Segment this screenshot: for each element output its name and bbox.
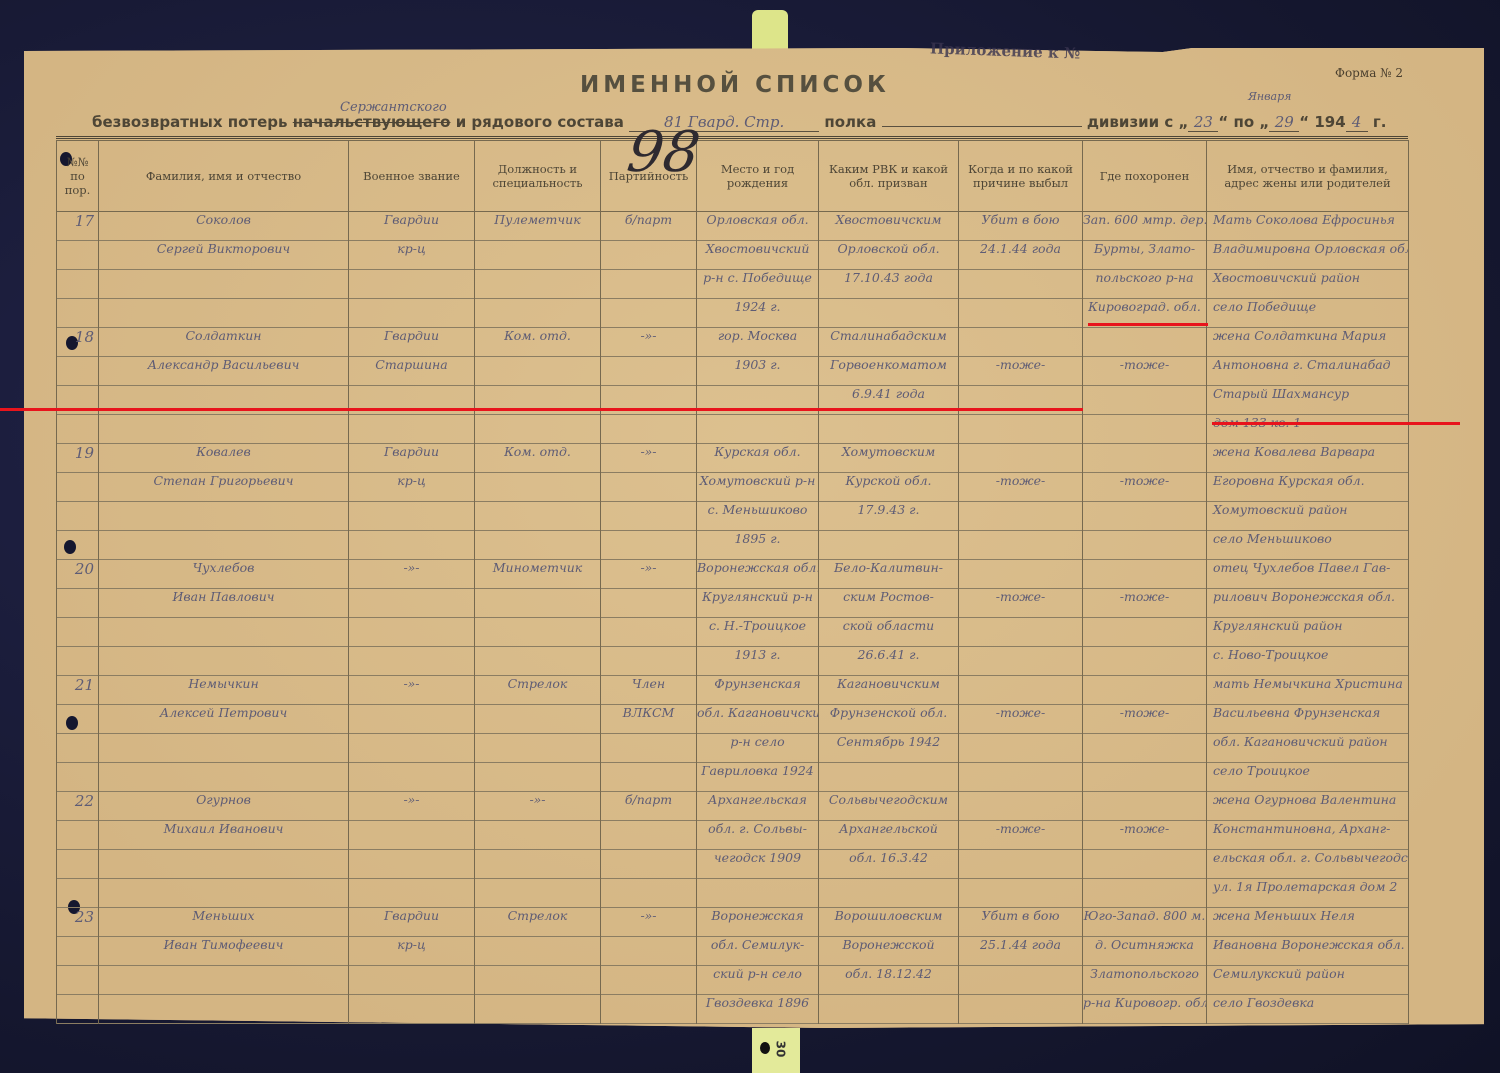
cell-num: 20 xyxy=(57,560,99,676)
cell-birth: гор. Москва1903 г. xyxy=(697,328,819,444)
cell-position: Минометчик xyxy=(475,560,601,676)
cell-rvk: СольвычегодскимАрхангельскойобл. 16.3.42 xyxy=(819,792,959,908)
cell-buried: -тоже- xyxy=(1083,792,1207,908)
cell-reason: -тоже- xyxy=(959,560,1083,676)
table-row: 18СолдаткинАлександр ВасильевичГвардииСт… xyxy=(57,328,1409,444)
cell-birth: Воронежская обл.Круглянский р-нс. Н.-Тро… xyxy=(697,560,819,676)
cell-relatives: Мать Соколова ЕфросиньяВладимировна Орло… xyxy=(1207,212,1409,329)
cell-num: 18 xyxy=(57,328,99,444)
cell-position: Стрелок xyxy=(475,908,601,1024)
cell-name: НемычкинАлексей Петрович xyxy=(99,676,349,792)
cell-rvk: ХомутовскимКурской обл.17.9.43 г. xyxy=(819,444,959,560)
cell-relatives: мать Немычкина ХристинаВасильевна Фрунзе… xyxy=(1207,676,1409,792)
cell-reason: -тоже- xyxy=(959,676,1083,792)
cell-relatives: жена Солдаткина МарияАнтоновна г. Сталин… xyxy=(1207,328,1409,444)
column-header: №№ по пор. xyxy=(57,141,99,212)
cell-reason: -тоже- xyxy=(959,328,1083,444)
cell-rank: Гвардиикр-ц xyxy=(349,212,475,329)
cell-birth: Архангельскаяобл. г. Сольвы-чегодск 1909 xyxy=(697,792,819,908)
cell-party: -»- xyxy=(601,444,697,560)
column-header: Фамилия, имя и отчество xyxy=(99,141,349,212)
document-subtitle: безвозвратных потерь начальствующего и р… xyxy=(92,113,1386,132)
cell-position: Ком. отд. xyxy=(475,328,601,444)
cell-buried: -тоже- xyxy=(1083,328,1207,444)
cell-rank: Гвардиикр-ц xyxy=(349,908,475,1024)
document-title: ИМЕННОЙ СПИСОК xyxy=(580,72,890,98)
year-digit: 4 xyxy=(1346,113,1368,132)
struck-word: начальствующего xyxy=(293,113,451,131)
cell-rvk: ХвостовичскимОрловской обл.17.10.43 года xyxy=(819,212,959,329)
cell-num: 23 xyxy=(57,908,99,1024)
cell-relatives: жена Огурнова ВалентинаКонстантиновна, А… xyxy=(1207,792,1409,908)
cell-birth: Фрунзенскаяобл. Кагановичскийр-н селоГав… xyxy=(697,676,819,792)
column-header: Каким РВК и какой обл. призван xyxy=(819,141,959,212)
cell-rank: -»- xyxy=(349,792,475,908)
cell-rvk: КагановичскимФрунзенской обл.Сентябрь 19… xyxy=(819,676,959,792)
cell-party: -»- xyxy=(601,328,697,444)
cell-position: -»- xyxy=(475,792,601,908)
cell-position: Стрелок xyxy=(475,676,601,792)
cell-name: СолдаткинАлександр Васильевич xyxy=(99,328,349,444)
cell-name: КовалевСтепан Григорьевич xyxy=(99,444,349,560)
cell-num: 17 xyxy=(57,212,99,329)
cell-party: -»- xyxy=(601,560,697,676)
page-number: 98 xyxy=(623,120,703,185)
table-row: 23МеньшихИван ТимофеевичГвардиикр-цСтрел… xyxy=(57,908,1409,1024)
month-handwritten: Января xyxy=(1248,90,1291,103)
cell-name: ЧухлебовИван Павлович xyxy=(99,560,349,676)
ruler-top xyxy=(752,10,788,50)
cell-name: СоколовСергей Викторович xyxy=(99,212,349,329)
column-header: Где похоронен xyxy=(1083,141,1207,212)
cell-rank: ГвардииСтаршина xyxy=(349,328,475,444)
table-row: 17СоколовСергей ВикторовичГвардиикр-цПул… xyxy=(57,212,1409,329)
red-underline xyxy=(0,408,1083,411)
cell-party: -»- xyxy=(601,908,697,1024)
cell-rank: Гвардиикр-ц xyxy=(349,444,475,560)
cell-buried: -тоже- xyxy=(1083,676,1207,792)
cell-party: б/парт xyxy=(601,792,697,908)
cell-rvk: ВорошиловскимВоронежскойобл. 18.12.42 xyxy=(819,908,959,1024)
form-number: Форма № 2 xyxy=(1335,66,1403,80)
ruler-mark: 30 xyxy=(773,1041,787,1058)
cell-rvk: СталинабадскимГорвоенкоматом6.9.41 года xyxy=(819,328,959,444)
cell-birth: Орловская обл.Хвостовичскийр-н с. Победи… xyxy=(697,212,819,329)
cell-buried: Зап. 600 мтр. дер.Бурты, Злато-польского… xyxy=(1083,212,1207,329)
cell-relatives: жена Меньших НеляИвановна Воронежская об… xyxy=(1207,908,1409,1024)
cell-birth: Воронежскаяобл. Семилук-ский р-н селоГво… xyxy=(697,908,819,1024)
red-underline xyxy=(1212,422,1460,425)
column-header: Должность и специальность xyxy=(475,141,601,212)
date-from: 23 xyxy=(1188,113,1218,132)
cell-name: МеньшихИван Тимофеевич xyxy=(99,908,349,1024)
red-underline xyxy=(1088,323,1208,326)
cell-party: ЧленВЛКСМ xyxy=(601,676,697,792)
cell-num: 22 xyxy=(57,792,99,908)
cell-rank: -»- xyxy=(349,560,475,676)
table-row: 21НемычкинАлексей Петрович-»-СтрелокЧлен… xyxy=(57,676,1409,792)
cell-name: ОгурновМихаил Иванович xyxy=(99,792,349,908)
cell-reason: Убит в бою25.1.44 года xyxy=(959,908,1083,1024)
table-row: 19КовалевСтепан ГригорьевичГвардиикр-цКо… xyxy=(57,444,1409,560)
cell-reason: -тоже- xyxy=(959,792,1083,908)
cell-relatives: отец Чухлебов Павел Гав-рилович Воронежс… xyxy=(1207,560,1409,676)
table-header: №№ по пор.Фамилия, имя и отчествоВоенное… xyxy=(57,141,1409,212)
cell-position: Ком. отд. xyxy=(475,444,601,560)
column-header: Имя, отчество и фамилия, адрес жены или … xyxy=(1207,141,1409,212)
cell-num: 19 xyxy=(57,444,99,560)
table-row: 20ЧухлебовИван Павлович-»-Минометчик-»-В… xyxy=(57,560,1409,676)
header-rule xyxy=(56,136,1408,139)
date-to: 29 xyxy=(1269,113,1299,132)
cell-party: б/парт xyxy=(601,212,697,329)
casualty-table: №№ по пор.Фамилия, имя и отчествоВоенное… xyxy=(56,140,1409,1024)
cell-reason: Убит в бою24.1.44 года xyxy=(959,212,1083,329)
column-header: Когда и по какой причине выбыл xyxy=(959,141,1083,212)
cell-num: 21 xyxy=(57,676,99,792)
ruler-bottom: 30 xyxy=(752,1028,800,1073)
cell-rank: -»- xyxy=(349,676,475,792)
cell-position: Пулеметчик xyxy=(475,212,601,329)
cell-buried: -тоже- xyxy=(1083,444,1207,560)
column-header: Место и год рождения xyxy=(697,141,819,212)
cell-buried: Юго-Запад. 800 м.д. ОситняжкаЗлатопольск… xyxy=(1083,908,1207,1024)
table-row: 22ОгурновМихаил Иванович-»--»-б/партАрха… xyxy=(57,792,1409,908)
cell-relatives: жена Ковалева ВарвараЕгоровна Курская об… xyxy=(1207,444,1409,560)
column-header: Военное звание xyxy=(349,141,475,212)
cell-buried: -тоже- xyxy=(1083,560,1207,676)
cell-birth: Курская обл.Хомутовский р-нс. Меньшиково… xyxy=(697,444,819,560)
cell-rvk: Бело-Калитвин-ским Ростов-ской области26… xyxy=(819,560,959,676)
cell-reason: -тоже- xyxy=(959,444,1083,560)
